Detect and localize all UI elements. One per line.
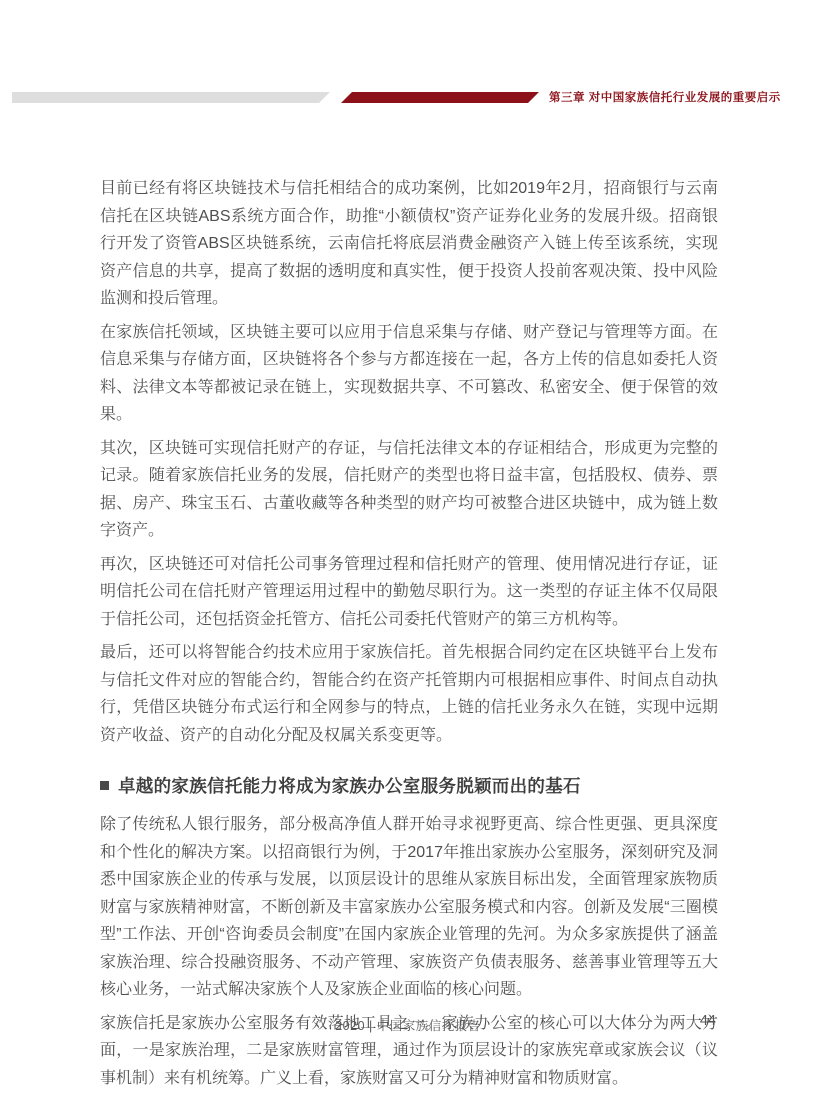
paragraph-asset-certification: 其次，区块链可实现信托财产的存证，与信托法律文本的存证相结合，形成更为完整的记录… <box>100 435 718 545</box>
paragraph-management-certification: 再次，区块链还可对信托公司事务管理过程和信托财产的管理、使用情况进行存证，证明信… <box>100 551 718 634</box>
header-red-bar <box>341 92 539 103</box>
page-number: 44 <box>700 1013 716 1029</box>
footer-report-title: 2020 | 中国家族信托报告 <box>0 1016 816 1034</box>
section-heading: 卓越的家族信托能力将成为家族办公室服务脱颖而出的基石 <box>100 773 718 798</box>
section-heading-text: 卓越的家族信托能力将成为家族办公室服务脱颖而出的基石 <box>118 773 581 798</box>
page-content: 目前已经有将区块链技术与信托相结合的成功案例，比如2019年2月，招商银行与云南… <box>100 175 718 1098</box>
square-bullet-icon <box>100 781 109 790</box>
header-gray-bar <box>12 92 330 103</box>
report-page: 第三章 对中国家族信托行业发展的重要启示 目前已经有将区块链技术与信托相结合的成… <box>0 0 816 1099</box>
paragraph-info-storage: 在家族信托领域，区块链主要可以应用于信息采集与存储、财产登记与管理等方面。在信息… <box>100 319 718 429</box>
paragraph-family-office: 除了传统私人银行服务，部分极高净值人群开始寻求视野更高、综合性更强、更具深度和个… <box>100 811 718 1004</box>
chapter-title: 第三章 对中国家族信托行业发展的重要启示 <box>549 91 781 105</box>
paragraph-blockchain-case: 目前已经有将区块链技术与信托相结合的成功案例，比如2019年2月，招商银行与云南… <box>100 175 718 313</box>
paragraph-smart-contract: 最后，还可以将智能合约技术应用于家族信托。首先根据合同约定在区块链平台上发布与信… <box>100 639 718 749</box>
